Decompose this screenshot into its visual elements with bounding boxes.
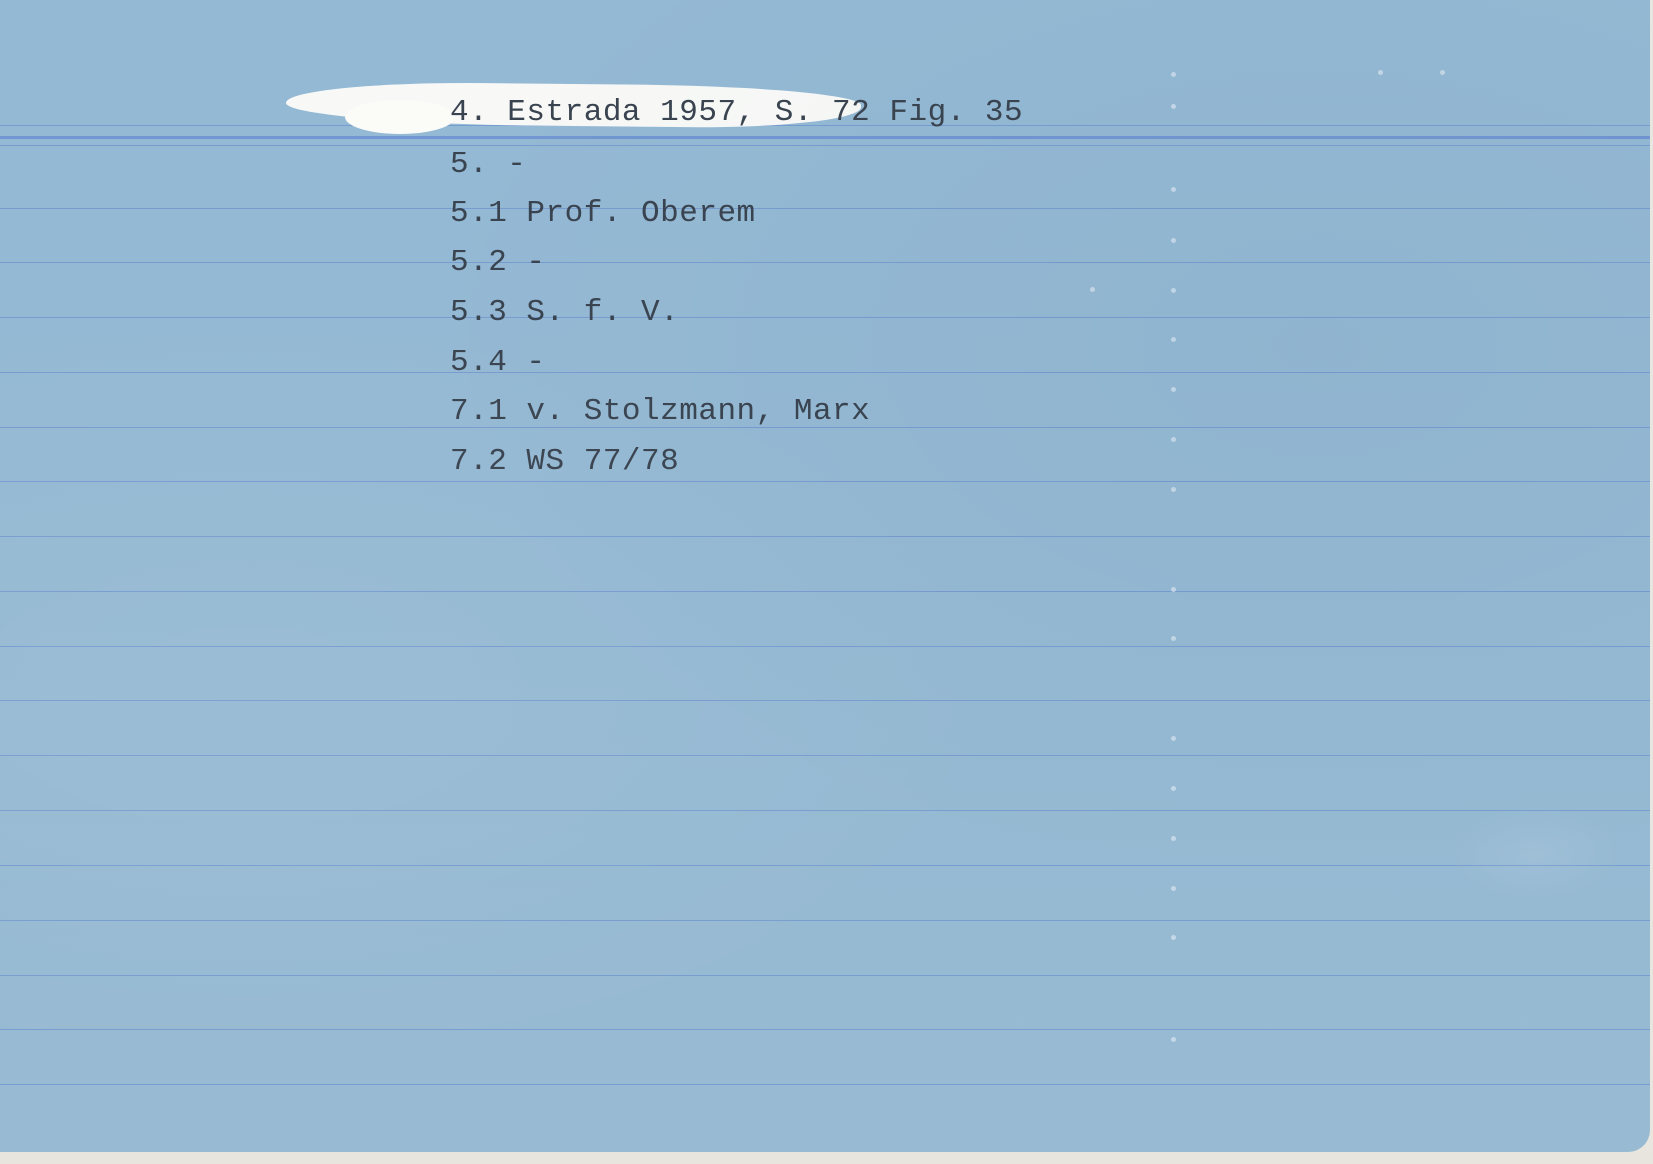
header-rule-bottom xyxy=(0,145,1650,146)
ruled-line xyxy=(0,646,1650,647)
perforation-dot xyxy=(1171,587,1176,592)
ruled-line xyxy=(0,372,1650,373)
perforation-dot xyxy=(1171,337,1176,342)
entry-5: 5. - xyxy=(450,149,526,180)
perforation-dot xyxy=(1171,187,1176,192)
perforation-dot xyxy=(1440,70,1445,75)
header-rule-thick xyxy=(0,136,1650,139)
entry-7-1: 7.1 v. Stolzmann, Marx xyxy=(450,396,870,427)
perforation-dot xyxy=(1171,886,1176,891)
perforation-dot xyxy=(1171,387,1176,392)
perforation-dot xyxy=(1171,437,1176,442)
ruled-line xyxy=(0,700,1650,701)
ruled-line xyxy=(0,1029,1650,1030)
scan-background-edge xyxy=(0,1152,1653,1164)
ruled-line xyxy=(0,865,1650,866)
correction-fluid-mark xyxy=(345,100,455,134)
entry-4: 4. Estrada 1957, S. 72 Fig. 35 xyxy=(450,97,1023,128)
entry-5-1: 5.1 Prof. Oberem xyxy=(450,198,756,229)
perforation-dot xyxy=(1171,72,1176,77)
ruled-line xyxy=(0,262,1650,263)
entry-7-2: 7.2 WS 77/78 xyxy=(450,446,679,477)
ruled-line xyxy=(0,755,1650,756)
perforation-dot xyxy=(1171,786,1176,791)
perforation-dot xyxy=(1171,935,1176,940)
perforation-dot xyxy=(1171,636,1176,641)
perforation-dot xyxy=(1171,736,1176,741)
perforation-dot xyxy=(1378,70,1383,75)
entry-5-4: 5.4 - xyxy=(450,347,546,378)
perforation-dot xyxy=(1090,287,1095,292)
ruled-line xyxy=(0,481,1650,482)
ruled-line xyxy=(0,591,1650,592)
ruled-line xyxy=(0,208,1650,209)
perforation-dot xyxy=(1171,836,1176,841)
ruled-line xyxy=(0,317,1650,318)
ruled-line xyxy=(0,810,1650,811)
ruled-line xyxy=(0,536,1650,537)
ruled-line xyxy=(0,1084,1650,1085)
index-card: 4. Estrada 1957, S. 72 Fig. 35 5. - 5.1 … xyxy=(0,0,1650,1152)
ruled-line xyxy=(0,920,1650,921)
perforation-dot xyxy=(1171,487,1176,492)
perforation-dot xyxy=(1171,238,1176,243)
perforation-dot xyxy=(1171,104,1176,109)
ruled-line xyxy=(0,975,1650,976)
entry-5-2: 5.2 - xyxy=(450,247,546,278)
perforation-dot xyxy=(1171,1037,1176,1042)
perforation-dot xyxy=(1171,288,1176,293)
entry-5-3: 5.3 S. f. V. xyxy=(450,297,679,328)
